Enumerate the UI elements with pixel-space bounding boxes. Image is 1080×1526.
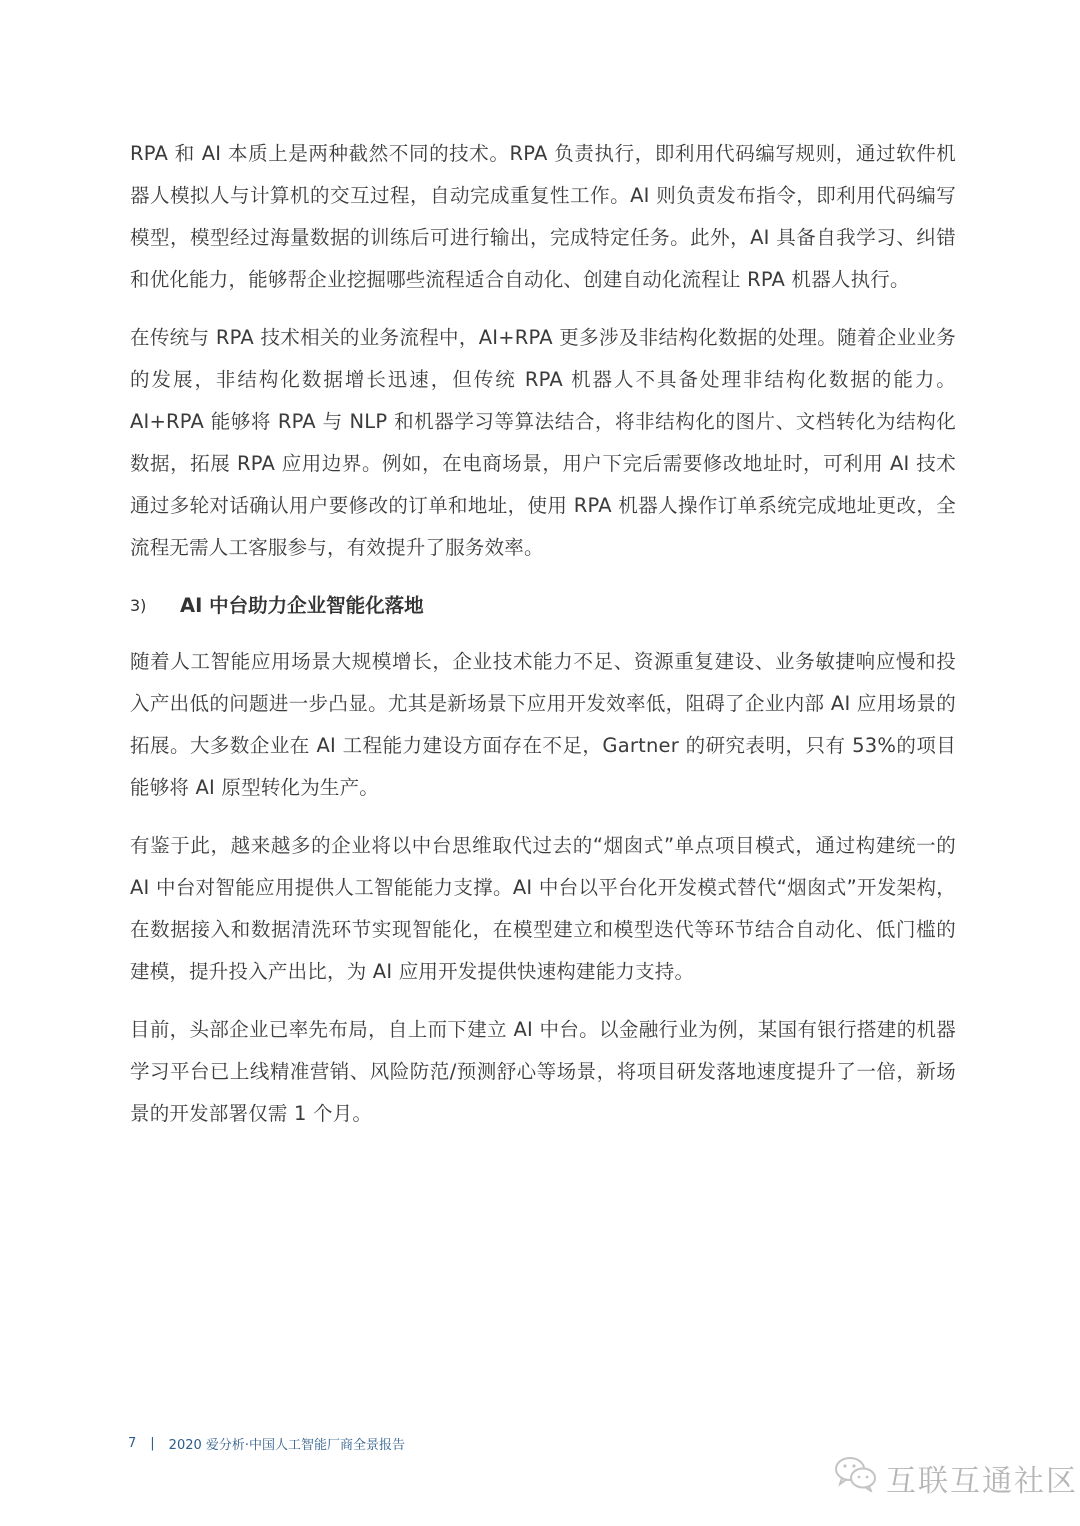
report-title: 2020 爱分析·中国人工智能厂商全景报告 [169, 1434, 405, 1453]
watermark-text: 互联互通社区 [886, 1456, 1078, 1500]
page-footer: 7 | 2020 爱分析·中国人工智能厂商全景报告 [128, 1434, 405, 1453]
document-page: RPA 和 AI 本质上是两种截然不同的技术。RPA 负责执行，即利用代码编写规… [130, 133, 956, 1151]
section-title: AI 中台助力企业智能化落地 [180, 585, 424, 627]
page-number: 7 [128, 1436, 136, 1451]
paragraph-rpa-vs-ai: RPA 和 AI 本质上是两种截然不同的技术。RPA 负责执行，即利用代码编写规… [130, 133, 956, 301]
paragraph-bank-example: 目前，头部企业已率先布局，自上而下建立 AI 中台。以金融行业为例，某国有银行搭… [130, 1009, 956, 1135]
wechat-icon [834, 1456, 886, 1500]
paragraph-ai-rpa-unstructured: 在传统与 RPA 技术相关的业务流程中，AI+RPA 更多涉及非结构化数据的处理… [130, 317, 956, 569]
watermark: 互联互通社区 [834, 1456, 1078, 1500]
section-heading: 3) AI 中台助力企业智能化落地 [130, 585, 956, 627]
footer-separator: | [150, 1436, 154, 1451]
section-number: 3) [130, 585, 180, 627]
paragraph-ai-growth-problems: 随着人工智能应用场景大规模增长，企业技术能力不足、资源重复建设、业务敏捷响应慢和… [130, 641, 956, 809]
paragraph-middle-platform: 有鉴于此，越来越多的企业将以中台思维取代过去的“烟囱式”单点项目模式，通过构建统… [130, 825, 956, 993]
